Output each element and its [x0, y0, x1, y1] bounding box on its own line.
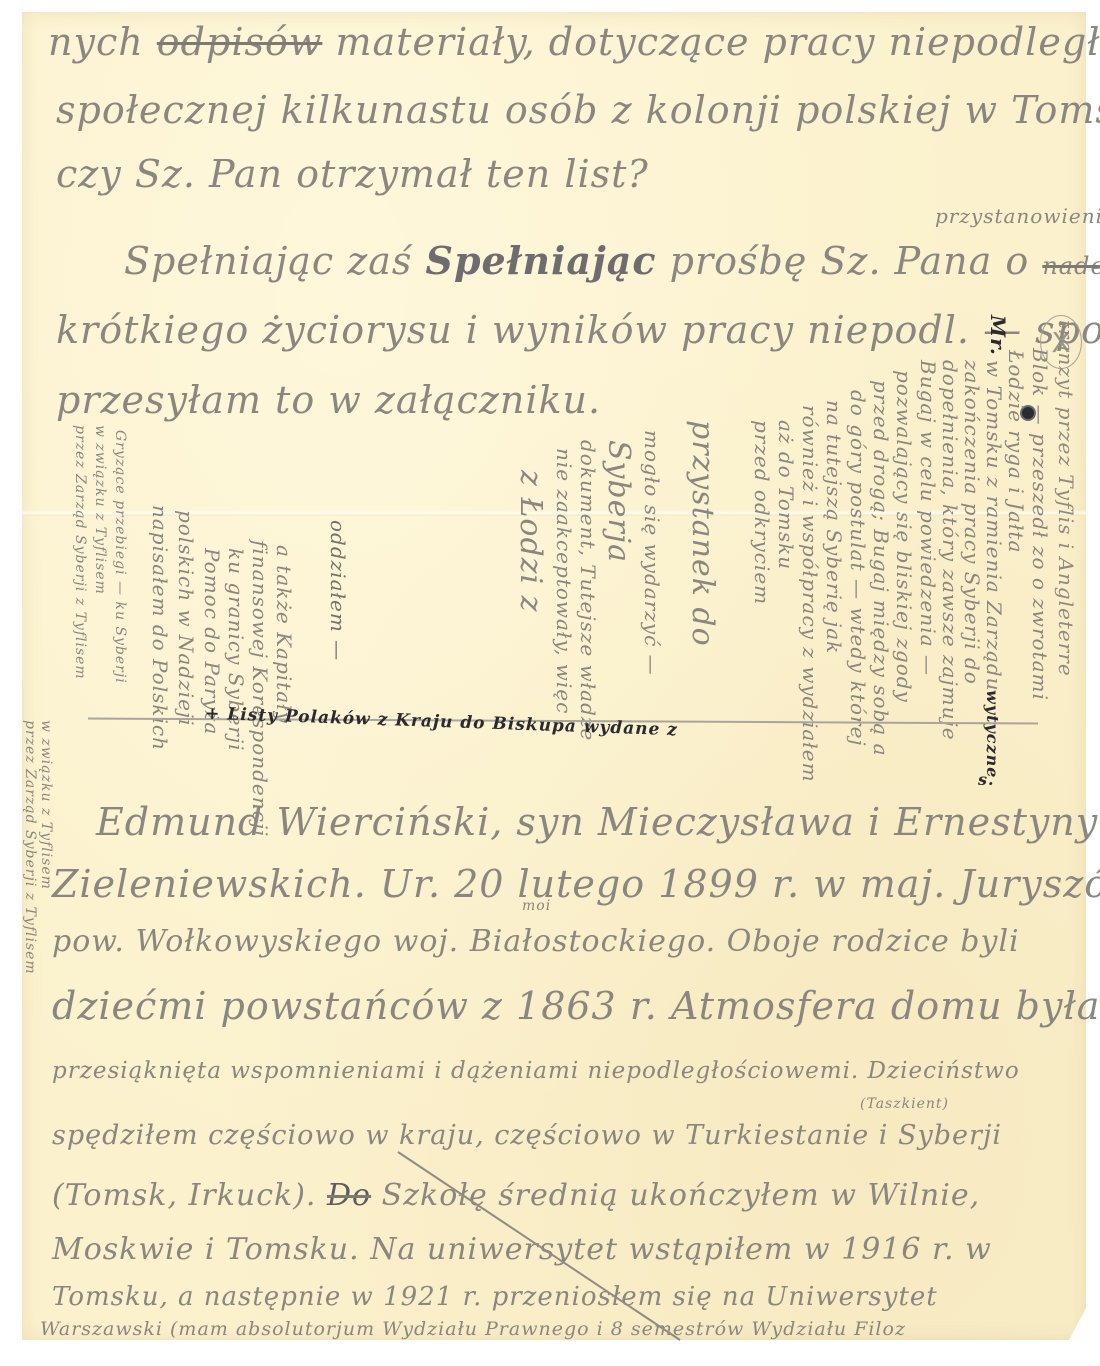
diagonal-strike-line: [0, 0, 1100, 1366]
